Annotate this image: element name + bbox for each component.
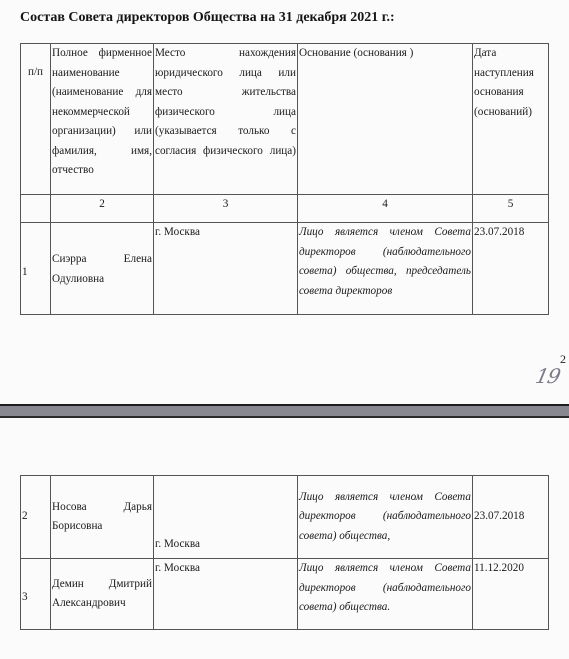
basis-line: совета) общества. bbox=[299, 598, 471, 618]
basis-line: совета директоров bbox=[299, 282, 471, 302]
header-text: юридического лица или bbox=[155, 64, 296, 84]
basis-line: директоров (наблюдательного bbox=[299, 579, 471, 599]
name-line: Одулиовна bbox=[52, 270, 152, 290]
header-text: Место нахождения bbox=[155, 44, 296, 64]
row-index: 1 bbox=[21, 223, 51, 315]
header-text: Полное фирменное bbox=[52, 44, 152, 64]
header-text: наступления bbox=[474, 64, 547, 84]
header-col-5: Дата наступления основания (оснований) bbox=[473, 44, 549, 195]
column-number: 3 bbox=[154, 195, 298, 223]
basis-line: совета) общества, bbox=[299, 527, 471, 547]
row-basis: Лицо является членом Совета директоров (… bbox=[298, 223, 473, 315]
page-1: Состав Совета директоров Общества на 31 … bbox=[0, 0, 569, 404]
header-col-2: Полное фирменное наименование (наименова… bbox=[51, 44, 154, 195]
row-basis: Лицо является членом Совета директоров (… bbox=[298, 559, 473, 630]
basis-line: Лицо является членом Совета bbox=[299, 559, 471, 579]
row-index: 3 bbox=[21, 559, 51, 630]
header-text: отчество bbox=[52, 161, 152, 181]
header-text: (наименование для bbox=[52, 83, 152, 103]
name-line: Борисовна bbox=[52, 517, 152, 537]
basis-line: директоров (наблюдательного bbox=[299, 243, 471, 263]
table-row: 2 Носова Дарья Борисовна г. Москва Лицо … bbox=[21, 476, 549, 559]
header-text: основания bbox=[474, 83, 547, 103]
header-text: Основание (основания ) bbox=[299, 47, 413, 59]
header-col-3: Место нахождения юридического лица или м… bbox=[154, 44, 298, 195]
header-col-1: п/п bbox=[21, 44, 51, 195]
board-table-part-1: п/п Полное фирменное наименование (наиме… bbox=[20, 43, 549, 315]
header-text: наименование bbox=[52, 64, 152, 84]
header-col-4: Основание (основания ) bbox=[298, 44, 473, 195]
table-row: 3 Демин Дмитрий Александрович г. Москва … bbox=[21, 559, 549, 630]
column-number bbox=[21, 195, 51, 223]
handwritten-page-mark: 19 bbox=[533, 364, 562, 388]
basis-line: совета) общества, председатель bbox=[299, 262, 471, 282]
column-number: 4 bbox=[298, 195, 473, 223]
column-number: 5 bbox=[473, 195, 549, 223]
board-table-part-2: 2 Носова Дарья Борисовна г. Москва Лицо … bbox=[20, 475, 549, 630]
row-location: г. Москва bbox=[154, 559, 298, 630]
header-text: (оснований) bbox=[474, 103, 547, 123]
row-date: 23.07.2018 bbox=[473, 476, 549, 559]
header-text: организации) или bbox=[52, 122, 152, 142]
header-text: место жительства bbox=[155, 83, 296, 103]
header-text: фамилия, имя, bbox=[52, 142, 152, 162]
row-name: Демин Дмитрий Александрович bbox=[51, 559, 154, 630]
table-row: 1 Сиэрра Елена Одулиовна г. Москва Лицо … bbox=[21, 223, 549, 315]
page-separator bbox=[0, 404, 569, 418]
name-line: Александрович bbox=[52, 594, 152, 614]
row-basis: Лицо является членом Совета директоров (… bbox=[298, 476, 473, 559]
row-location: г. Москва bbox=[154, 476, 298, 559]
row-name: Сиэрра Елена Одулиовна bbox=[51, 223, 154, 315]
column-number-row: 2 3 4 5 bbox=[21, 195, 549, 223]
header-text: Дата bbox=[474, 44, 547, 64]
document-title: Состав Совета директоров Общества на 31 … bbox=[20, 10, 395, 26]
row-location: г. Москва bbox=[154, 223, 298, 315]
row-name: Носова Дарья Борисовна bbox=[51, 476, 154, 559]
column-number: 2 bbox=[51, 195, 154, 223]
basis-line: директоров (наблюдательного bbox=[299, 507, 471, 527]
basis-line: Лицо является членом Совета bbox=[299, 488, 471, 508]
name-line: Демин Дмитрий bbox=[52, 575, 152, 595]
row-date: 23.07.2018 bbox=[473, 223, 549, 315]
header-text: согласия физического лица) bbox=[155, 142, 296, 162]
row-index: 2 bbox=[21, 476, 51, 559]
name-line: Сиэрра Елена bbox=[52, 250, 152, 270]
basis-line: Лицо является членом Совета bbox=[299, 223, 471, 243]
header-text: некоммерческой bbox=[52, 103, 152, 123]
header-index-label: п/п bbox=[28, 66, 43, 78]
header-row: п/п Полное фирменное наименование (наиме… bbox=[21, 44, 549, 195]
header-text: (указывается только с bbox=[155, 122, 296, 142]
header-text: физического лица bbox=[155, 103, 296, 123]
name-line: Носова Дарья bbox=[52, 498, 152, 518]
row-date: 11.12.2020 bbox=[473, 559, 549, 630]
